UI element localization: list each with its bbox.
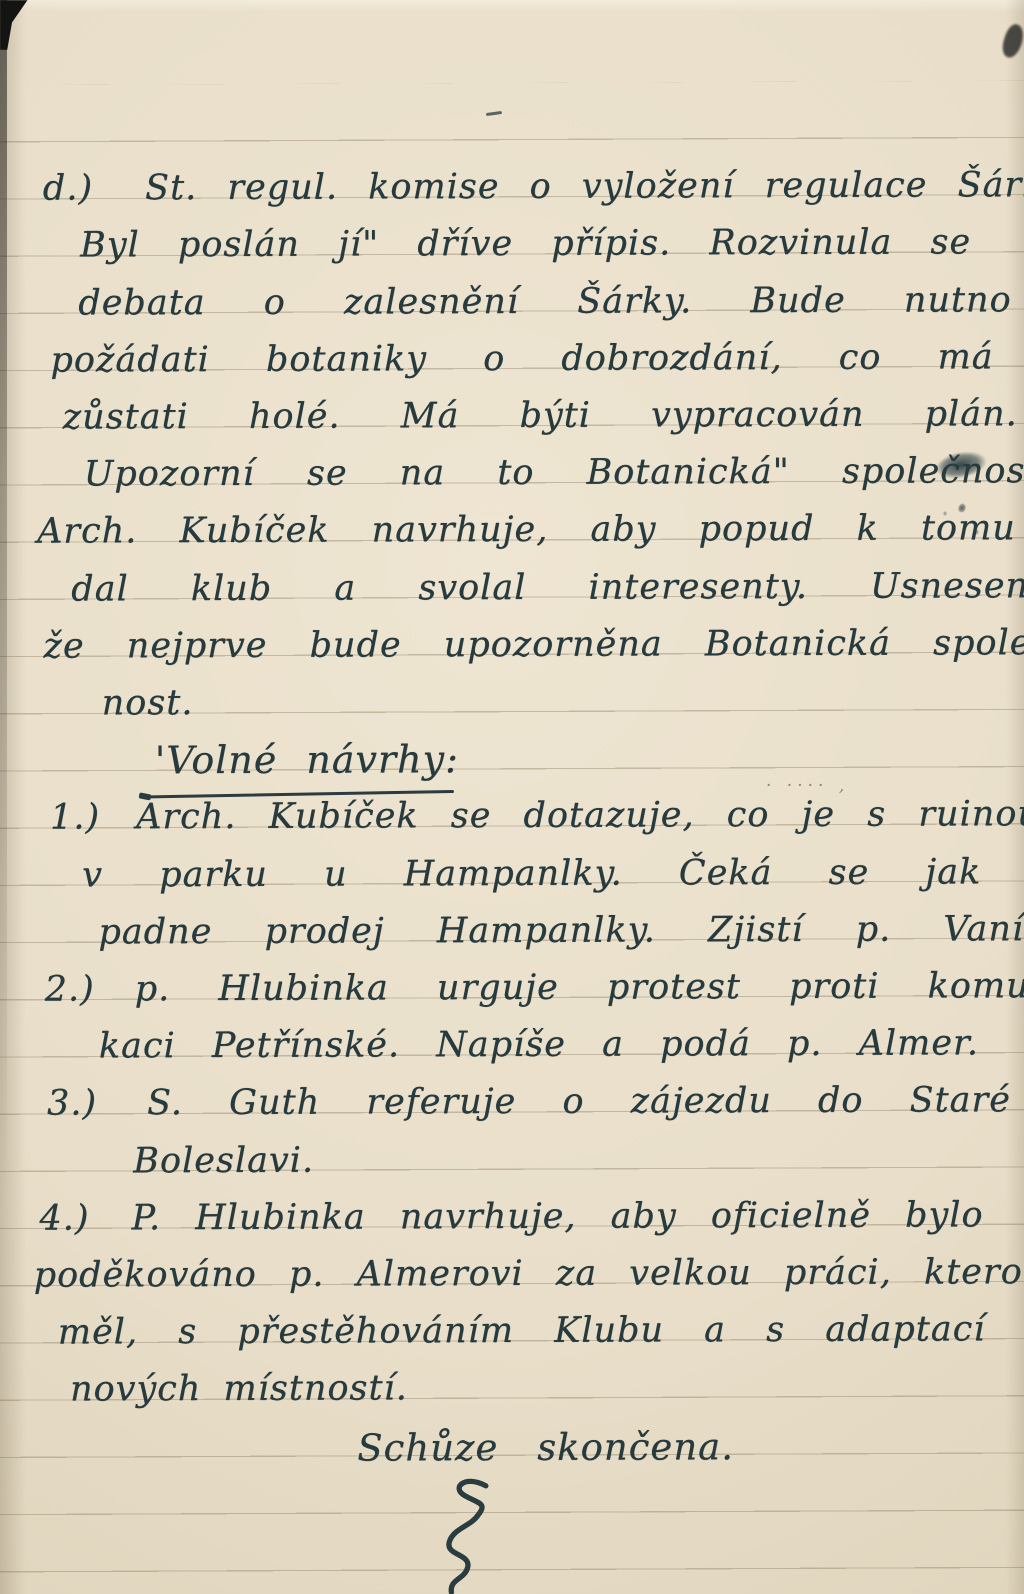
item-text: p. Hlubinka urguje protest proti komuni- — [135, 966, 1024, 1009]
notebook-page: · ···· , d.)St. regul. komise o vyložení… — [0, 0, 1024, 1594]
paragraph-line: zůstati holé. Má býti vypracován plán. — [63, 394, 1018, 437]
signature-flourish — [434, 1478, 504, 1594]
list-item-2: 2.)p. Hlubinka urguje protest proti komu… — [45, 966, 1024, 1010]
handwritten-text: d.)St. regul. komise o vyložení regulace… — [0, 0, 1024, 1594]
list-item-4-line: měl, s přestěhováním Klubu a s adaptací — [58, 1309, 986, 1352]
list-item-2-line: kaci Petřínské. Napíše a podá p. Almer. — [99, 1023, 979, 1066]
list-item-4-line: nových místností. — [70, 1368, 408, 1409]
list-marker-4: 4.) — [39, 1198, 89, 1238]
paragraph-line: dal klub a svolal interesenty. Usneseno, — [71, 566, 1024, 609]
list-item-4-line: poděkováno p. Almerovi za velkou práci, … — [34, 1252, 1024, 1296]
paragraph-line: Arch. Kubíček navrhuje, aby popud k tomu — [37, 508, 1016, 551]
line-intro: d.)St. regul. komise o vyložení regulace… — [43, 165, 1024, 209]
list-marker-3: 3.) — [47, 1083, 97, 1123]
list-marker-2: 2.) — [45, 969, 95, 1009]
list-item-3-line: Boleslavi. — [133, 1141, 314, 1182]
paragraph-line: požádati botaniky o dobrozdání, co má — [50, 337, 993, 380]
paragraph-line: nost. — [102, 683, 194, 723]
list-item-1: 1.)Arch. Kubíček se dotazuje, co je s ru… — [50, 794, 1024, 837]
paragraph-line: že nejprve bude upozorněna Botanická spo… — [43, 623, 1024, 667]
paragraph-line: Byl poslán jí" dříve přípis. Rozvinula s… — [80, 222, 971, 265]
item-text: Arch. Kubíček se dotazuje, co je s ruino… — [136, 794, 1024, 837]
paragraph-line: debata o zalesnění Šárky. Bude nutno — [78, 280, 1011, 323]
intro-text: St. regul. komise o vyložení regulace Šá… — [145, 165, 1024, 208]
list-item-1-line: v parku u Hampanlky. Čeká se jak do- — [82, 852, 1024, 896]
section-heading: 'Volné návrhy: — [155, 737, 459, 782]
item-text: P. Hlubinka navrhuje, aby oficielně bylo — [131, 1195, 983, 1238]
list-item-1-line: padne prodej Hampanlky. Zjistí p. Vaníče… — [98, 909, 1024, 952]
list-marker-d: d.) — [43, 168, 93, 208]
closing-line: Schůze skončena. — [357, 1425, 734, 1469]
item-text: S. Guth referuje o zájezdu do Staré — [147, 1080, 1011, 1123]
list-marker-1: 1.) — [50, 797, 100, 837]
paragraph-line: Upozorní se na to Botanická" společnost. — [84, 451, 1024, 494]
list-item-3: 3.)S. Guth referuje o zájezdu do Staré — [47, 1080, 1011, 1123]
list-item-4: 4.)P. Hlubinka navrhuje, aby oficielně b… — [39, 1195, 983, 1238]
